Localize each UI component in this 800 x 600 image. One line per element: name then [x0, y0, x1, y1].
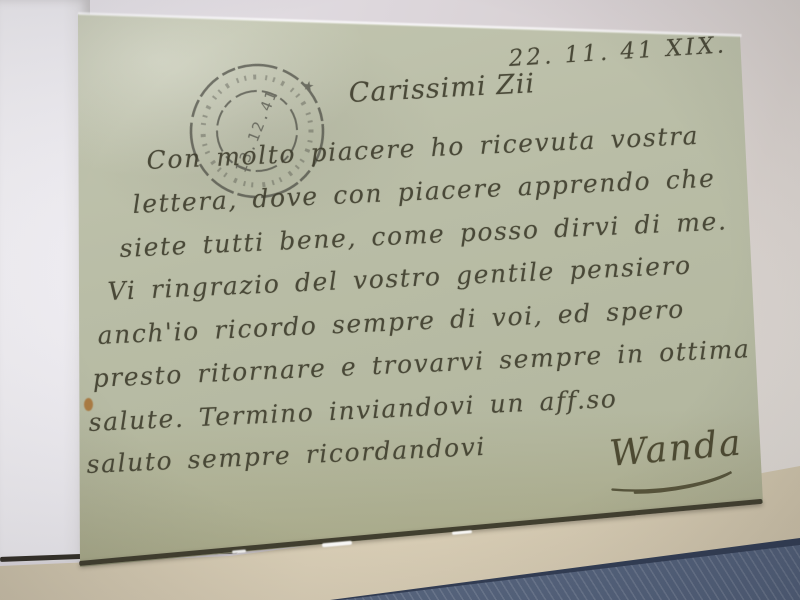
- album-page-edge: [0, 0, 90, 562]
- postmark-star: ★: [301, 78, 315, 95]
- photo-of-postcard: ★ 13.12.41 22. 11. 41 XIX. Carissimi Zii…: [0, 0, 800, 600]
